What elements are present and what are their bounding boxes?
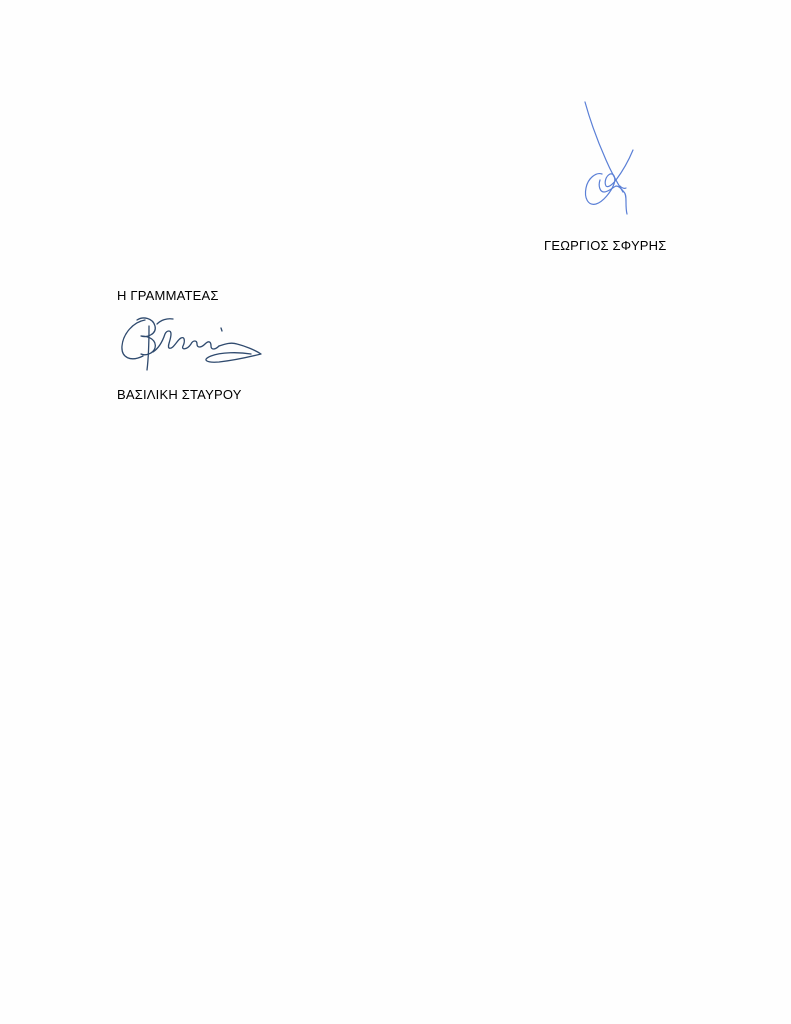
signatory-name: ΓΕΩΡΓΙΟΣ ΣΦΥΡΗΣ (544, 238, 667, 253)
signatory-role: Η ΓΡΑΜΜΑΤΕΑΣ (117, 288, 219, 303)
handwritten-signature-sfyris (576, 98, 642, 218)
document-page: ΓΕΩΡΓΙΟΣ ΣΦΥΡΗΣ Η ΓΡΑΜΜΑΤΕΑΣ ΒΑΣΙΛΙΚΗ ΣΤ… (0, 0, 791, 1024)
signatory-name: ΒΑΣΙΛΙΚΗ ΣΤΑΥΡΟΥ (117, 387, 242, 402)
handwritten-signature-stavrou (119, 312, 267, 376)
